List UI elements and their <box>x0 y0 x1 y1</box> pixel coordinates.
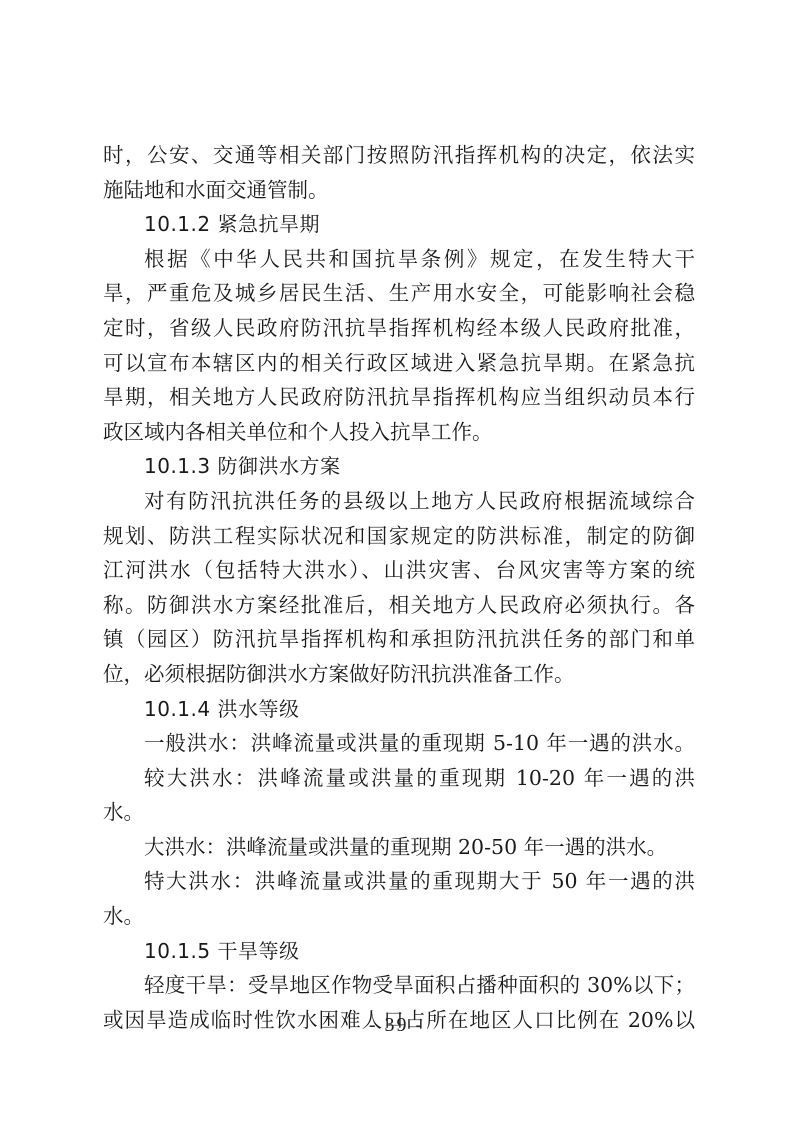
body-line: 施陆地和水面交通管制。 <box>103 173 695 208</box>
body-line: 水。 <box>103 795 695 830</box>
flood-level-major: 大洪水：洪峰流量或洪量的重现期 20-50 年一遇的洪水。 <box>103 830 695 865</box>
body-line: 称。防御洪水方案经批准后，相关地方人民政府必须执行。各 <box>103 588 695 623</box>
flood-level-general: 一般洪水：洪峰流量或洪量的重现期 5-10 年一遇的洪水。 <box>103 726 695 761</box>
body-line: 位，必须根据防御洪水方案做好防汛抗洪准备工作。 <box>103 657 695 692</box>
body-line: 江河洪水（包括特大洪水）、山洪灾害、台风灾害等方案的统 <box>103 553 695 588</box>
drought-level-mild: 轻度干旱：受旱地区作物受旱面积占播种面积的 30%以下； <box>103 968 695 1003</box>
body-line: 旱期，相关地方人民政府防汛抗旱指挥机构应当组织动员本行 <box>103 380 695 415</box>
body-line: 水。 <box>103 899 695 934</box>
section-heading-10-1-2: 10.1.2 紧急抗旱期 <box>103 207 695 242</box>
flood-level-extreme: 特大洪水：洪峰流量或洪量的重现期大于 50 年一遇的洪 <box>103 864 695 899</box>
section-heading-10-1-3: 10.1.3 防御洪水方案 <box>103 449 695 484</box>
body-line: 根据《中华人民共和国抗旱条例》规定，在发生特大干 <box>103 242 695 277</box>
body-line: 规划、防洪工程实际状况和国家规定的防洪标准，制定的防御 <box>103 519 695 554</box>
body-line: 可以宣布本辖区内的相关行政区域进入紧急抗旱期。在紧急抗 <box>103 346 695 381</box>
body-line: 政区域内各相关单位和个人投入抗旱工作。 <box>103 415 695 450</box>
page-number: - 39 - <box>0 1014 793 1037</box>
body-line: 镇（园区）防汛抗旱指挥机构和承担防汛抗洪任务的部门和单 <box>103 622 695 657</box>
section-heading-10-1-5: 10.1.5 干旱等级 <box>103 934 695 969</box>
body-line: 时，公安、交通等相关部门按照防汛指挥机构的决定，依法实 <box>103 138 695 173</box>
flood-level-larger: 较大洪水：洪峰流量或洪量的重现期 10-20 年一遇的洪 <box>103 761 695 796</box>
document-page: 时，公安、交通等相关部门按照防汛指挥机构的决定，依法实 施陆地和水面交通管制。 … <box>103 138 695 1037</box>
section-heading-10-1-4: 10.1.4 洪水等级 <box>103 692 695 727</box>
body-line: 对有防汛抗洪任务的县级以上地方人民政府根据流域综合 <box>103 484 695 519</box>
body-line: 定时，省级人民政府防汛抗旱指挥机构经本级人民政府批准， <box>103 311 695 346</box>
body-line: 旱，严重危及城乡居民生活、生产用水安全，可能影响社会稳 <box>103 276 695 311</box>
